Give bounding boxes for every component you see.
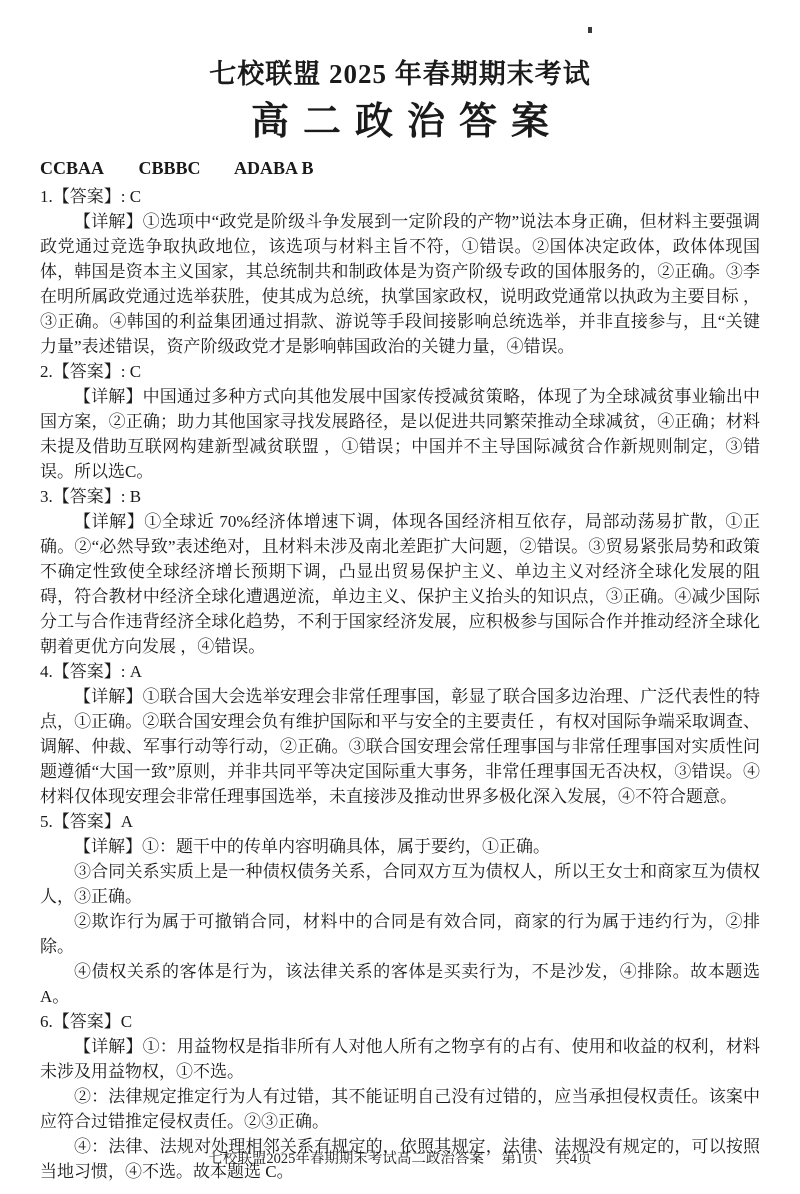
answer-key-group-2: CBBBC <box>139 158 201 178</box>
question-1-explanation: 【详解】①选项中“政党是阶级斗争发展到一定阶段的产物”说法本身正确，但材料主要强… <box>40 209 760 359</box>
question-5-explanation-1: 【详解】①：题干中的传单内容明确具体，属于要约，①正确。 <box>40 834 760 859</box>
footer-page-number: 第1页 <box>502 1151 538 1167</box>
question-1: 1.【答案】: C 【详解】①选项中“政党是阶级斗争发展到一定阶段的产物”说法本… <box>40 184 760 359</box>
question-3-answer-line: 3.【答案】: B <box>40 484 760 509</box>
answer-key-group-1: CCBAA <box>40 158 104 178</box>
question-5: 5.【答案】A 【详解】①：题干中的传单内容明确具体，属于要约，①正确。 ③合同… <box>40 809 760 1009</box>
question-5-answer-line: 5.【答案】A <box>40 809 760 834</box>
page-footer: 七校联盟2025年春期期末考试高二政治答案 第1页 共4页 <box>0 1149 800 1169</box>
exam-title: 七校联盟 2025 年春期期末考试 <box>40 56 760 92</box>
footer-doc-label: 七校联盟2025年春期期末考试高二政治答案 <box>208 1151 484 1167</box>
question-4: 4.【答案】: A 【详解】①联合国大会选举安理会非常任理事国，彰显了联合国多边… <box>40 659 760 809</box>
answer-sheet-page: 七校联盟 2025 年春期期末考试 高二政治答案 CCBAA CBBBC ADA… <box>0 0 800 1194</box>
question-3-explanation: 【详解】①全球近 70%经济体增速下调，体现各国经济相互依存，局部动荡易扩散，①… <box>40 509 760 659</box>
print-artifact-dot <box>588 27 592 33</box>
question-2-explanation: 【详解】中国通过多种方式向其他发展中国家传授减贫策略，体现了为全球减贫事业输出中… <box>40 384 760 484</box>
question-6-explanation-1: 【详解】①：用益物权是指非所有人对他人所有之物享有的占有、使用和收益的权利，材料… <box>40 1034 760 1084</box>
question-5-explanation-2: ③合同关系实质上是一种债权债务关系，合同双方互为债权人，所以王女士和商家互为债权… <box>40 859 760 909</box>
question-6-answer-line: 6.【答案】C <box>40 1009 760 1034</box>
document-subtitle: 高二政治答案 <box>40 98 760 146</box>
question-4-answer-line: 4.【答案】: A <box>40 659 760 684</box>
question-5-explanation-3: ②欺诈行为属于可撤销合同，材料中的合同是有效合同，商家的行为属于违约行为，②排除… <box>40 909 760 959</box>
question-6-explanation-2: ②：法律规定推定行为人有过错，其不能证明自己没有过错的，应当承担侵权责任。该案中… <box>40 1084 760 1134</box>
question-4-explanation: 【详解】①联合国大会选举安理会非常任理事国，彰显了联合国多边治理、广泛代表性的特… <box>40 684 760 809</box>
question-5-explanation-4: ④债权关系的客体是行为，该法律关系的客体是买卖行为，不是沙发，④排除。故本题选 … <box>40 959 760 1009</box>
question-2: 2.【答案】: C 【详解】中国通过多种方式向其他发展中国家传授减贫策略，体现了… <box>40 359 760 484</box>
answer-key-group-3: ADABA B <box>234 158 314 178</box>
footer-page-total: 共4页 <box>555 1151 591 1167</box>
question-2-answer-line: 2.【答案】: C <box>40 359 760 384</box>
question-1-answer-line: 1.【答案】: C <box>40 184 760 209</box>
answer-key-row: CCBAA CBBBC ADABA B <box>40 156 760 181</box>
question-3: 3.【答案】: B 【详解】①全球近 70%经济体增速下调，体现各国经济相互依存… <box>40 484 760 659</box>
